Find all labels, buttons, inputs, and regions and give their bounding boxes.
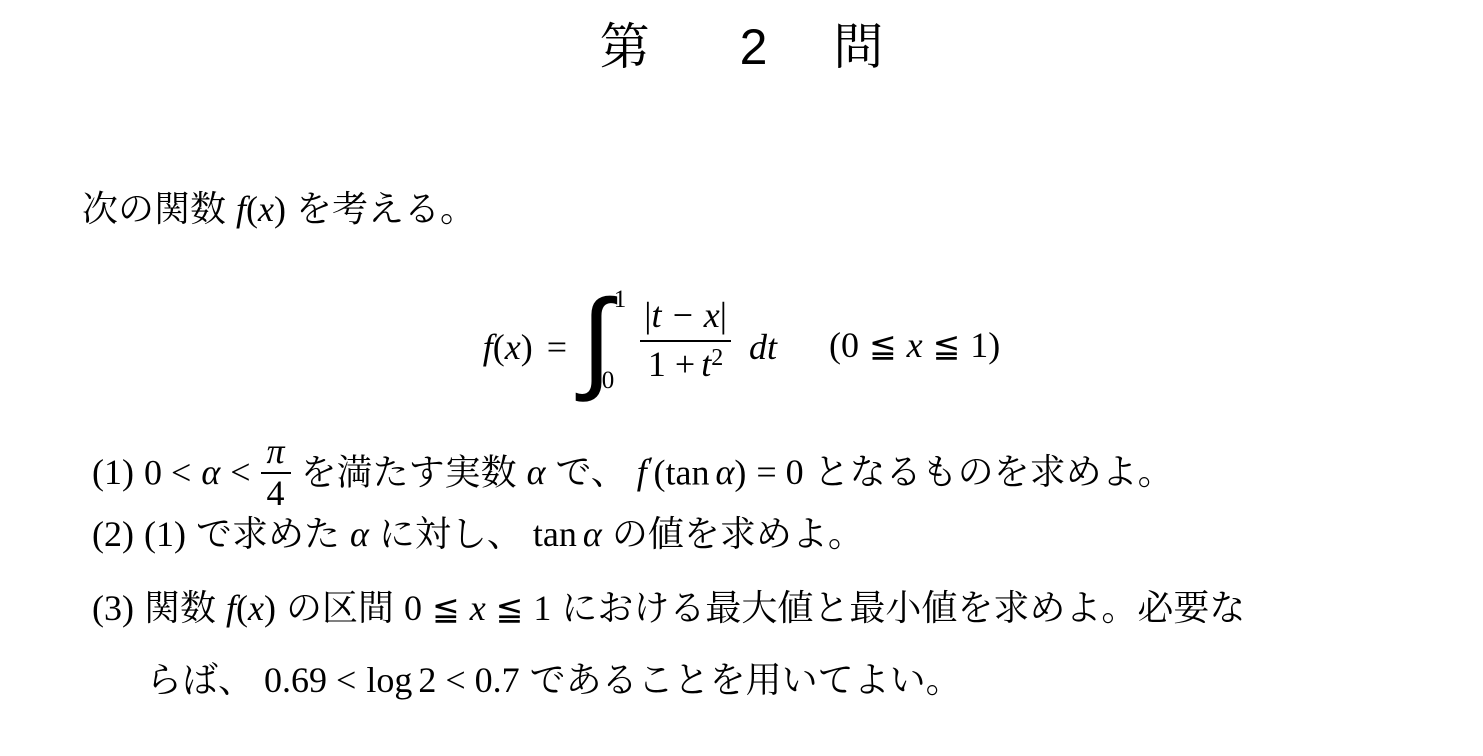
jp-run: の区間: [286, 588, 394, 628]
integral-limits: 10: [612, 287, 627, 393]
math-fn-log: log: [366, 660, 412, 700]
exponent: 2: [711, 345, 723, 371]
jp-run: となるものを求めよ。: [814, 452, 1174, 492]
math-var-f: f: [226, 588, 236, 628]
problem-item-1: (1)0 <α<π4を満たす実数αで、f′(tanα)= 0となるものを求めよ。: [92, 437, 1174, 515]
math-var-x: x: [505, 327, 521, 367]
math-var-alpha: α: [715, 452, 734, 492]
jp-run: で、: [556, 452, 627, 492]
title-mon: 問: [833, 19, 883, 75]
math-fn-tan: tan: [533, 514, 577, 554]
jp-run: 次の関数: [82, 189, 226, 229]
leq-icon: ≦: [496, 589, 524, 628]
math-run: 0 <: [144, 452, 191, 492]
jp-run: であることを用いてよい。: [530, 660, 962, 700]
math-run: 1: [533, 588, 551, 628]
equation-lhs: f(x): [483, 326, 533, 368]
math-fn-tan: tan: [665, 452, 709, 492]
math-var-alpha: α: [527, 452, 546, 492]
fraction-denominator: 1 +t2: [640, 340, 731, 384]
math-run: 0.69 <: [264, 660, 356, 700]
math-var-x: x: [470, 588, 486, 628]
math-run: <: [230, 452, 250, 492]
jp-run: の値を求めよ。: [612, 514, 864, 554]
jp-run: における最大値と最小値を求めよ。必要な: [561, 588, 1245, 628]
problem-item-3-line-2: らば、0.69 <log2 < 0.7であることを用いてよい。: [146, 658, 962, 702]
paren-close: ): [734, 452, 746, 492]
paren-open: (: [246, 189, 258, 229]
math-run: t − x: [651, 295, 719, 335]
item-ref: (1): [144, 514, 186, 554]
math-var-x: x: [258, 189, 274, 229]
leq-icon: ≦: [933, 326, 961, 365]
math-run: 0: [404, 588, 422, 628]
fraction-pi-over-4: π4: [261, 433, 291, 511]
differential-dt: dt: [749, 326, 777, 368]
item-label: (1): [92, 450, 144, 494]
jp-run: に対し、: [379, 514, 523, 554]
paren-open: (: [493, 327, 505, 367]
jp-run: 関数: [144, 588, 216, 628]
integral: ∫10: [581, 287, 626, 393]
leq-icon: ≦: [432, 589, 460, 628]
math-var-f: f: [236, 189, 246, 229]
paren-close: ): [521, 327, 533, 367]
abs-bar: |: [720, 295, 727, 335]
jp-run: を考える。: [296, 189, 476, 229]
math-var-x: x: [248, 588, 264, 628]
math-run: (0: [829, 325, 859, 365]
display-equation: f(x) = ∫10 |t − x|1 +t2 dt (0≦x≦1): [0, 283, 1483, 397]
leq-icon: ≦: [869, 326, 897, 365]
title-number: 2: [740, 19, 768, 75]
problem-item-2: (2)(1)で求めたαに対し、tanαの値を求めよ。: [92, 512, 864, 556]
math-var-alpha: α: [350, 514, 369, 554]
math-var-alpha: α: [583, 514, 602, 554]
integral-upper-limit: 1: [614, 287, 627, 312]
title-dai: 第: [600, 19, 650, 75]
math-var-t: t: [701, 344, 711, 384]
math-run: = 0: [756, 452, 803, 492]
item-label: (2): [92, 512, 144, 556]
equals-sign: =: [547, 326, 567, 368]
jp-run: らば、: [146, 660, 254, 700]
paren-close: ): [274, 189, 286, 229]
fraction: |t − x|1 +t2: [636, 296, 735, 384]
paren-open: (: [236, 588, 248, 628]
fraction-numerator: |t − x|: [636, 296, 735, 340]
fraction-denominator: 4: [261, 472, 291, 512]
page-title: 第2問: [0, 18, 1483, 76]
math-var-x: x: [907, 325, 923, 365]
equation-condition: (0≦x≦1): [829, 324, 1000, 366]
math-var-alpha: α: [201, 452, 220, 492]
paren-open: (: [653, 452, 665, 492]
exam-page: 第2問 次の関数f(x)を考える。 f(x) = ∫10 |t − x|1 +t…: [0, 0, 1483, 756]
jp-run: で求めた: [196, 514, 340, 554]
fraction-numerator: π: [261, 433, 291, 472]
integral-lower-limit: 0: [602, 368, 627, 393]
item-label: (3): [92, 586, 144, 630]
math-var-f: f: [483, 327, 493, 367]
jp-run: を満たす実数: [301, 452, 517, 492]
problem-item-3-line-1: (3)関数f(x)の区間0≦x≦1における最大値と最小値を求めよ。必要な: [92, 586, 1245, 631]
intro-paragraph: 次の関数f(x)を考える。: [82, 187, 476, 231]
math-run: 2 < 0.7: [418, 660, 519, 700]
math-run: 1 +: [648, 344, 695, 384]
math-run: 1): [970, 325, 1000, 365]
math-var-f: f: [637, 452, 647, 492]
paren-close: ): [264, 588, 276, 628]
